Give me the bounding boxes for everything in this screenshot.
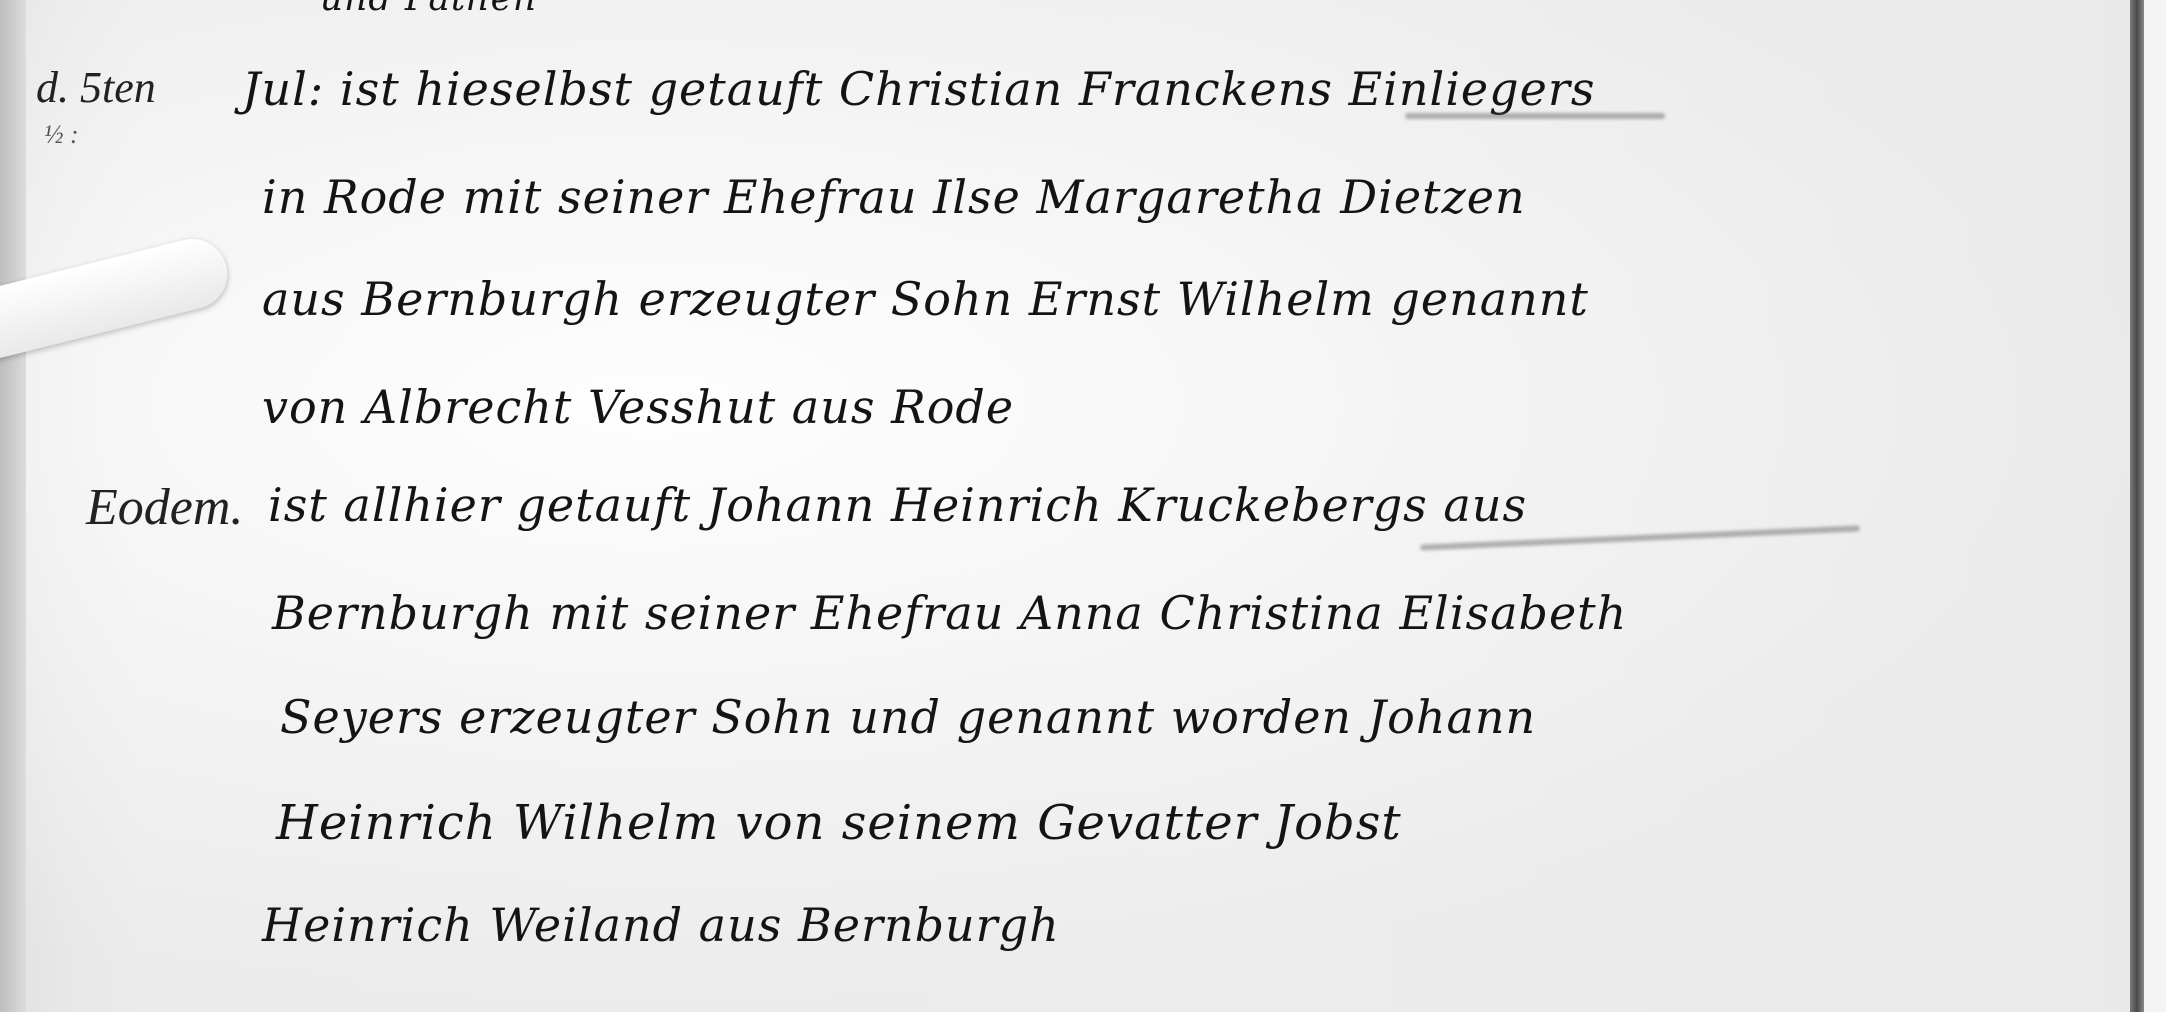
register-page: und Pathen d. 5ten ½ : Jul: ist hieselbs… — [0, 0, 2166, 1012]
entry-2-line-1: ist allhier getauft Johann Heinrich Kruc… — [268, 478, 1527, 532]
entry-1-line-1: Jul: ist hieselbst getauft Christian Fra… — [242, 62, 1595, 116]
entry-2-line-3: Seyers erzeugter Sohn und genannt worden… — [280, 690, 1536, 744]
bookmark-tab — [0, 232, 235, 363]
entry-2-line-4: Heinrich Wilhelm von seinem Gevatter Job… — [276, 795, 1402, 851]
top-fragment-text: und Pathen — [320, 0, 537, 19]
page-right-strip — [2144, 0, 2166, 1012]
book-binding — [2130, 0, 2144, 1012]
entry-1-name-underline — [1405, 113, 1665, 119]
entry-1-line-2: in Rode mit seiner Ehefrau Ilse Margaret… — [262, 170, 1526, 224]
entry-1-line-4: von Albrecht Vesshut aus Rode — [262, 380, 1014, 434]
entry-2-line-5: Heinrich Weiland aus Bernburgh — [262, 898, 1060, 952]
entry-1-margin-date: d. 5ten — [36, 62, 156, 113]
entry-1-margin-marks: ½ : — [44, 120, 79, 150]
entry-2-line-2: Bernburgh mit seiner Ehefrau Anna Christ… — [272, 586, 1627, 640]
entry-2-margin-date: Eodem. — [86, 478, 243, 537]
page-left-edge — [0, 0, 26, 1012]
entry-1-line-3: aus Bernburgh erzeugter Sohn Ernst Wilhe… — [262, 272, 1589, 326]
